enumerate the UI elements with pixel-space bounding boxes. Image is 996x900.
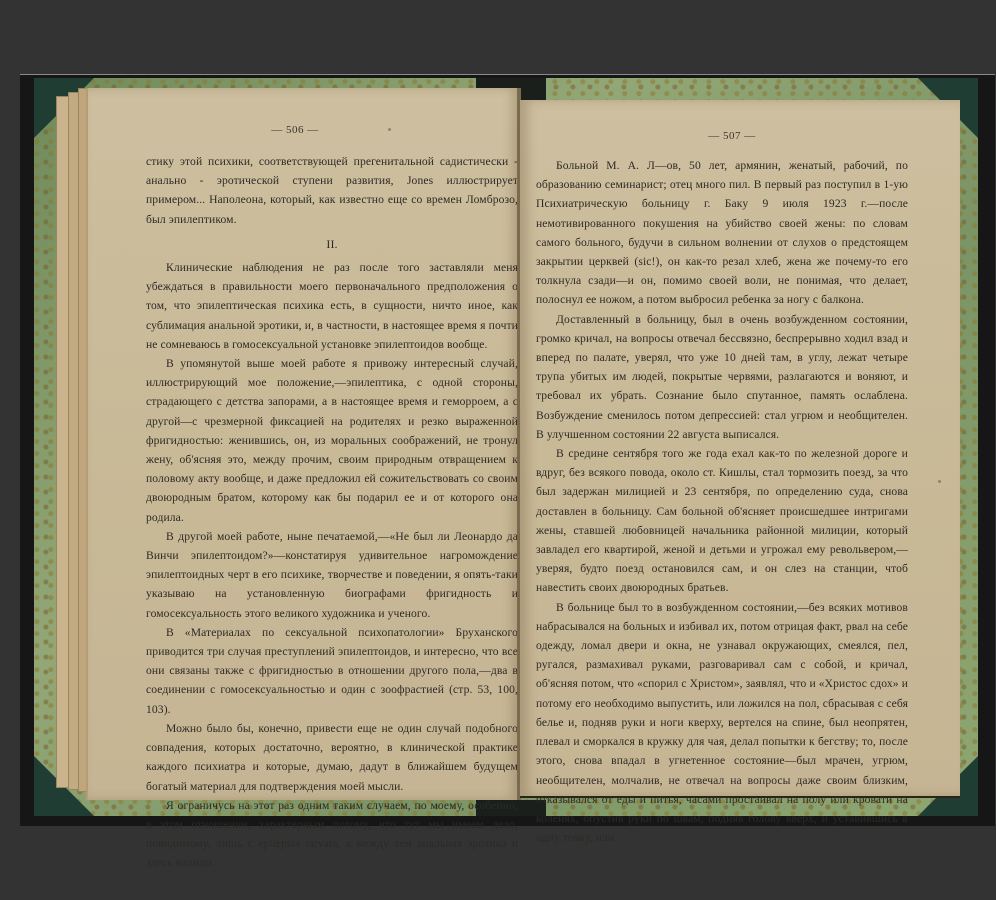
paragraph: В средине сентября того же года ехал как… (536, 444, 908, 598)
paragraph: Я ограничусь на этот раз одним таким слу… (146, 796, 518, 873)
left-page: — 506 — стику этой психики, соответствую… (86, 88, 518, 800)
paragraph: Клинические наблюдения не раз после того… (146, 258, 518, 354)
paragraph: Больной М. А. Л—ов, 50 лет, армянин, жен… (536, 156, 908, 310)
paragraph: В другой моей работе, ныне печатаемой,—«… (146, 527, 518, 623)
paragraph: В «Материалах по сексуальной психопатоло… (146, 623, 518, 719)
paragraph: Можно было бы, конечно, привести еще не … (146, 719, 518, 796)
section-heading: II. (146, 235, 518, 254)
paragraph: В упомянутой выше моей работе я привожу … (146, 354, 518, 527)
right-page-text: Больной М. А. Л—ов, 50 лет, армянин, жен… (536, 156, 908, 847)
right-page: — 507 — Больной М. А. Л—ов, 50 лет, армя… (520, 100, 960, 798)
paper-speck (388, 128, 391, 131)
paragraph: стику этой психики, соответствующей прег… (146, 152, 518, 229)
paragraph: В больнице был то в возбужденном состоян… (536, 598, 908, 848)
page-number: — 506 — (80, 124, 510, 136)
paragraph: Доставленный в больницу, был в очень воз… (536, 310, 908, 444)
page-number: — 507 — (512, 130, 952, 142)
left-page-text: стику этой психики, соответствующей прег… (146, 152, 518, 873)
paper-speck (938, 480, 941, 483)
